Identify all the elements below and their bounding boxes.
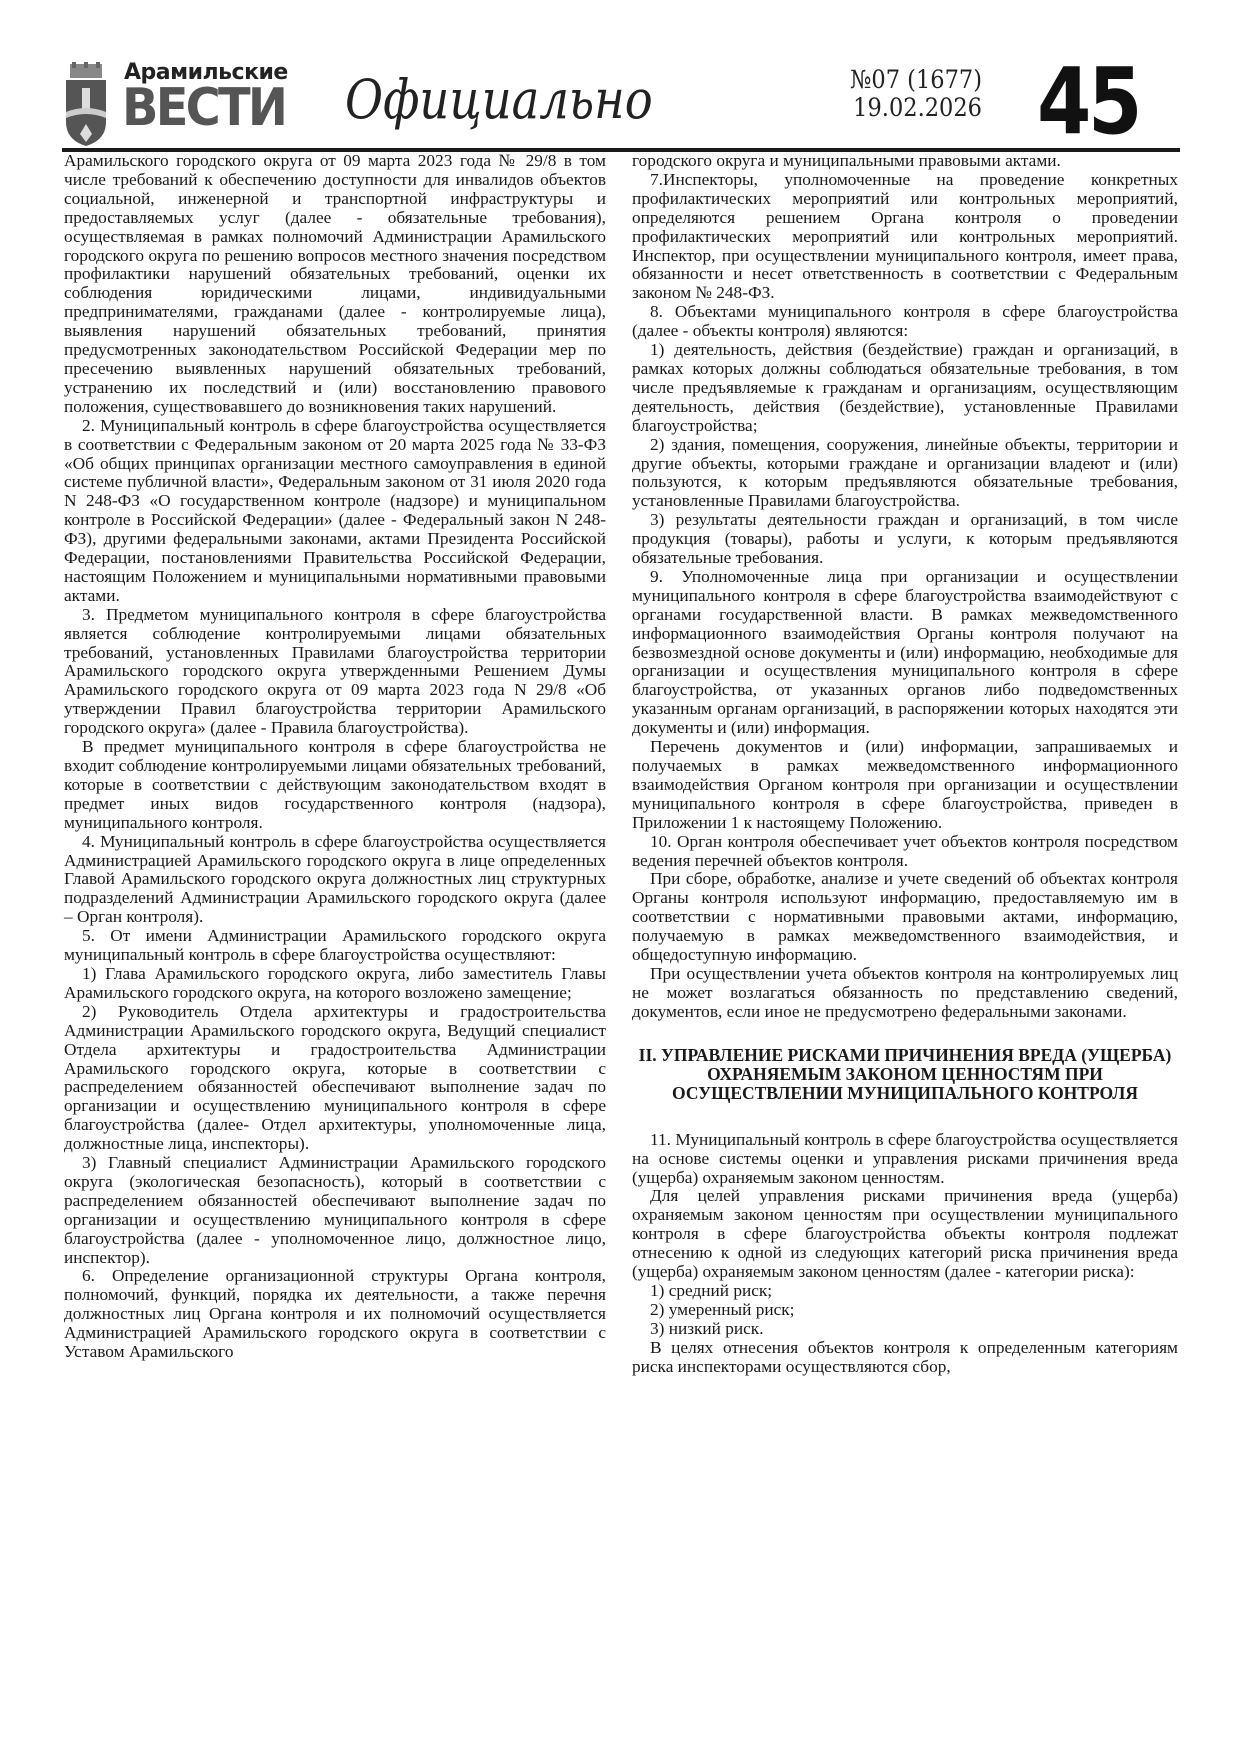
paragraph: Для целей управления рисками причинения … — [632, 1187, 1178, 1282]
paragraph: 3) результаты деятельности граждан и орг… — [632, 511, 1178, 568]
paragraph: 4. Муниципальный контроль в сфере благоу… — [64, 833, 606, 928]
paragraph: 11. Муниципальный контроль в сфере благо… — [632, 1131, 1178, 1188]
paragraph: 6. Определение организационной структуры… — [64, 1267, 606, 1362]
brand-name-main: ВЕСТИ — [122, 82, 285, 134]
paragraph: 3. Предметом муниципального контроля в с… — [64, 606, 606, 738]
left-column: Арамильского городского округа от 09 мар… — [64, 152, 606, 1362]
paragraph: 7.Инспекторы, уполномоченные на проведен… — [632, 171, 1178, 303]
paragraph: 2) Руководитель Отдела архитектуры и гра… — [64, 1003, 606, 1154]
paragraph: городского округа и муниципальными право… — [632, 152, 1178, 171]
issue-number: №07 (1677) — [838, 66, 982, 94]
paragraph: При сборе, обработке, анализе и учете св… — [632, 870, 1178, 965]
paragraph: 9. Уполномоченные лица при организации и… — [632, 568, 1178, 738]
page-number: 45 — [1037, 48, 1139, 155]
paragraph: 3) Главный специалист Администрации Арам… — [64, 1154, 606, 1267]
coat-of-arms-icon — [62, 62, 110, 146]
section-heading: II. УПРАВЛЕНИЕ РИСКАМИ ПРИЧИНЕНИЯ ВРЕДА … — [632, 1046, 1178, 1103]
paragraph: 10. Орган контроля обеспечивает учет объ… — [632, 833, 1178, 871]
paragraph: При осуществлении учета объектов контрол… — [632, 965, 1178, 1022]
list-item: 3) низкий риск. — [632, 1320, 1178, 1339]
paragraph: 1) деятельность, действия (бездействие) … — [632, 341, 1178, 436]
paragraph: Перечень документов и (или) информации, … — [632, 738, 1178, 833]
list-item: 1) средний риск; — [632, 1282, 1178, 1301]
list-item: 2) умеренный риск; — [632, 1301, 1178, 1320]
section-title: Официально — [345, 68, 653, 131]
paragraph: 1) Глава Арамильского городского округа,… — [64, 965, 606, 1003]
right-column: городского округа и муниципальными право… — [632, 152, 1178, 1376]
paragraph: 2) здания, помещения, сооружения, линейн… — [632, 436, 1178, 512]
masthead: Арамильские ВЕСТИ Официально №07 (1677) … — [62, 60, 1182, 150]
paragraph: 8. Объектами муниципального контроля в с… — [632, 303, 1178, 341]
newspaper-logo: Арамильские ВЕСТИ — [62, 60, 292, 150]
issue-info: №07 (1677) 19.02.2026 — [838, 66, 982, 122]
issue-date: 19.02.2026 — [838, 94, 982, 122]
paragraph: 2. Муниципальный контроль в сфере благоу… — [64, 417, 606, 606]
paragraph: В целях отнесения объектов контроля к оп… — [632, 1339, 1178, 1377]
paragraph: В предмет муниципального контроля в сфер… — [64, 738, 606, 833]
paragraph: Арамильского городского округа от 09 мар… — [64, 152, 606, 417]
paragraph: 5. От имени Администрации Арамильского г… — [64, 927, 606, 965]
